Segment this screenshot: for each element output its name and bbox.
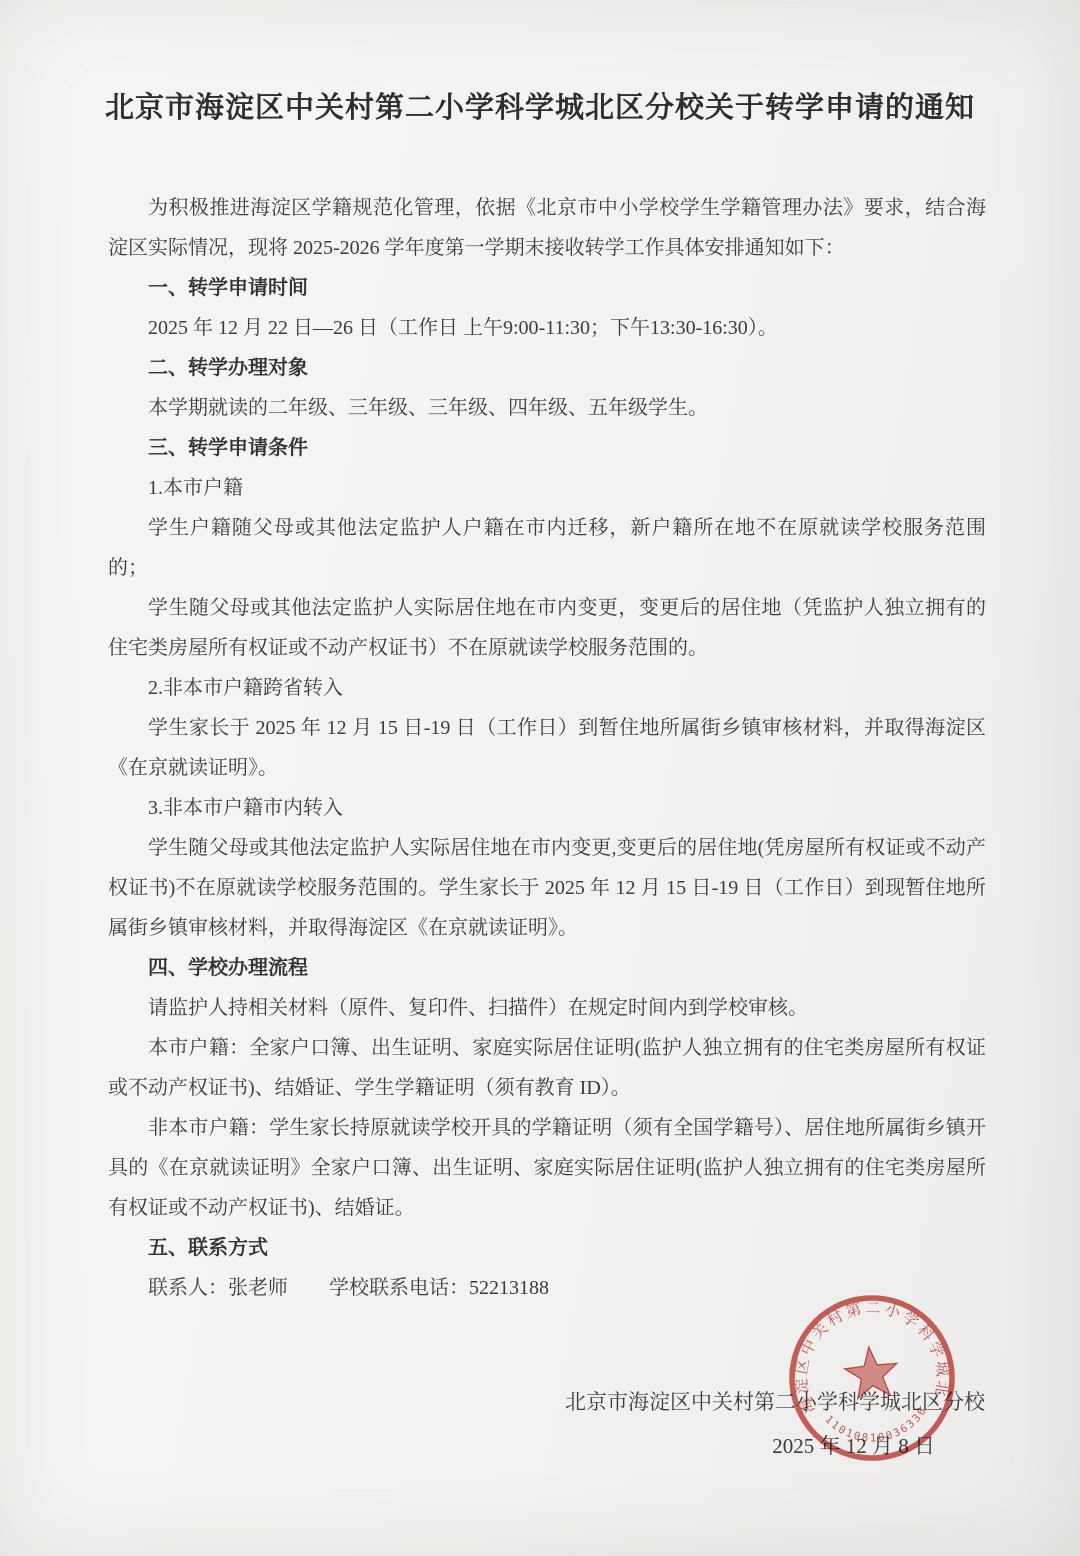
condition-2-paragraph: 学生家长于 2025 年 12 月 15 日-19 日（工作日）到暂住地所属街乡… <box>108 708 986 788</box>
condition-2-subheading: 2.非本市户籍跨省转入 <box>108 668 986 708</box>
condition-1-subheading: 1.本市户籍 <box>108 468 986 508</box>
signature-school-name: 北京市海淀区中关村第二小学科学城北区分校 <box>0 1382 985 1422</box>
signature-block: 北京市海淀区中关村第二小学科学城北区分校 2025 年 12 月 8 日 <box>0 1382 1080 1470</box>
condition-3-paragraph: 学生随父母或其他法定监护人实际居住地在市内变更,变更后的居住地(凭房屋所有权证或… <box>108 828 986 948</box>
contact-line: 联系人：张老师 学校联系电话：52213188 <box>108 1268 986 1308</box>
document-title: 北京市海淀区中关村第二小学科学城北区分校关于转学申请的通知 <box>0 0 1080 130</box>
condition-1-paragraph-a: 学生户籍随父母或其他法定监护人户籍在市内迁移，新户籍所在地不在原就读学校服务范围… <box>108 508 986 588</box>
local-hukou-materials: 本市户籍：全家户口簿、出生证明、家庭实际居住证明(监护人独立拥有的住宅类房屋所有… <box>108 1028 986 1108</box>
section-4-heading: 四、学校办理流程 <box>108 948 986 988</box>
section-3-heading: 三、转学申请条件 <box>108 428 986 468</box>
condition-1-paragraph-b: 学生随父母或其他法定监护人实际居住地在市内变更，变更后的居住地（凭监护人独立拥有… <box>108 588 986 668</box>
eligible-grades-paragraph: 本学期就读的二年级、三年级、三年级、四年级、五年级学生。 <box>108 388 986 428</box>
section-2-heading: 二、转学办理对象 <box>108 348 986 388</box>
nonlocal-hukou-materials: 非本市户籍：学生家长持原就读学校开具的学籍证明（须有全国学籍号）、居住地所属街乡… <box>108 1108 986 1228</box>
process-paragraph: 请监护人持相关材料（原件、复印件、扫描件）在规定时间内到学校审核。 <box>108 988 986 1028</box>
section-5-heading: 五、联系方式 <box>108 1228 986 1268</box>
signature-date: 2025 年 12 月 8 日 <box>0 1422 935 1470</box>
contact-phone: 学校联系电话：52213188 <box>329 1277 549 1299</box>
notice-document-page: 北京市海淀区中关村第二小学科学城北区分校关于转学申请的通知 为积极推进海淀区学籍… <box>0 0 1080 1556</box>
intro-paragraph: 为积极推进海淀区学籍规范化管理，依据《北京市中小学校学生学籍管理办法》要求，结合… <box>108 188 986 268</box>
document-body: 为积极推进海淀区学籍规范化管理，依据《北京市中小学校学生学籍管理办法》要求，结合… <box>0 188 1080 1308</box>
application-time-paragraph: 2025 年 12 月 22 日—26 日（工作日 上午9:00-11:30；下… <box>108 308 986 348</box>
contact-person: 联系人：张老师 <box>148 1277 288 1299</box>
condition-3-subheading: 3.非本市户籍市内转入 <box>108 788 986 828</box>
section-1-heading: 一、转学申请时间 <box>108 268 986 308</box>
